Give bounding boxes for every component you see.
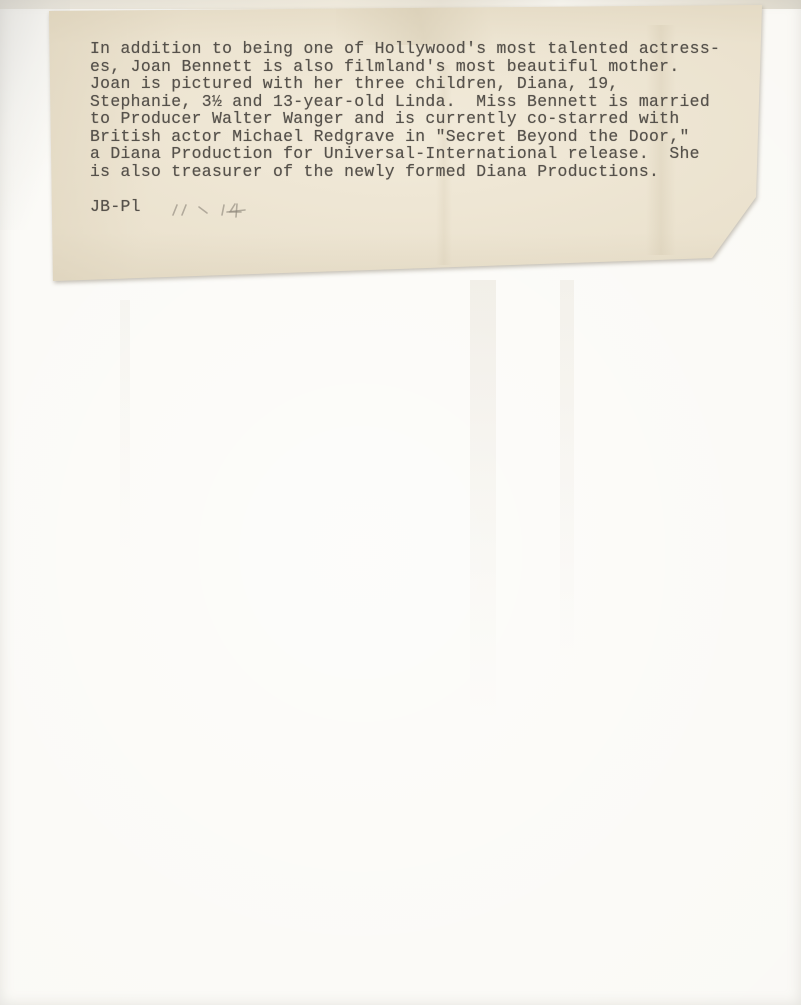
caption-slip-paper: In addition to being one of Hollywood's … <box>46 5 765 283</box>
caption-line: es, Joan Bennett is also filmland's most… <box>90 58 720 76</box>
caption-line: Stephanie, 3½ and 13-year-old Linda. Mis… <box>90 93 720 111</box>
photo-code: JB-Pl <box>90 198 141 216</box>
paper-crease-streak <box>470 280 496 720</box>
caption-line: British actor Michael Redgrave in "Secre… <box>90 128 720 146</box>
typed-caption: In addition to being one of Hollywood's … <box>90 40 720 222</box>
photo-code-row: JB-Pl <box>90 198 720 222</box>
handwritten-marks <box>169 200 261 222</box>
photo-back-scan: In addition to being one of Hollywood's … <box>0 0 801 1005</box>
caption-line: Joan is pictured with her three children… <box>90 75 720 93</box>
caption-line: to Producer Walter Wanger and is current… <box>90 110 720 128</box>
caption-line: is also treasurer of the newly formed Di… <box>90 163 720 181</box>
caption-line: In addition to being one of Hollywood's … <box>90 40 720 58</box>
paper-crease-streak <box>560 280 574 660</box>
caption-line: a Diana Production for Universal-Interna… <box>90 145 720 163</box>
caption-slip: In addition to being one of Hollywood's … <box>46 5 765 283</box>
paper-crease-streak <box>120 300 130 560</box>
